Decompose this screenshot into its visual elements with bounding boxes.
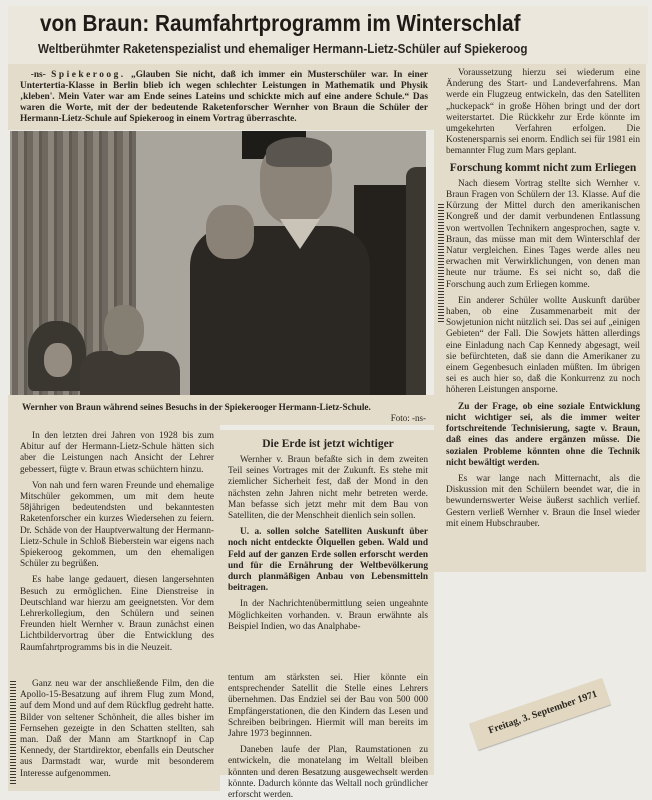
photo-audience-man bbox=[80, 351, 180, 395]
lead-paragraph: -ns- Spiekeroog. „Glauben Sie nicht, daß… bbox=[8, 64, 434, 130]
column-3-paragraph: Voraussetzung hierzu sei wiederum eine Ä… bbox=[446, 68, 640, 158]
lead-place: Spiekeroog. bbox=[51, 70, 125, 80]
headline-strip: von Braun: Raumfahrtprogramm im Wintersc… bbox=[8, 6, 648, 64]
date-text: Freitag, 3. September 1971 bbox=[487, 689, 599, 737]
column-2-continued-text: tentum am stärksten sei. Hier könnte ein… bbox=[228, 673, 428, 800]
column-2-paragraph: Wernher v. Braun befaßte sich in dem zwe… bbox=[228, 455, 428, 522]
column-1-paragraph: Es habe lange gedauert, diesen langerseh… bbox=[20, 575, 214, 653]
column-1-bottom: Ganz neu war der anschließende Film, den… bbox=[8, 673, 220, 791]
column-1-top: In den letzten drei Jahren von 1928 bis … bbox=[8, 425, 220, 673]
column-2-paragraph: In der Nachrichtenübermittlung seien ung… bbox=[228, 599, 428, 633]
column-3-paragraph-bold: Zu der Frage, ob eine soziale Entwicklun… bbox=[446, 402, 640, 469]
column-2-heading: Die Erde ist jetzt wichtiger bbox=[228, 438, 428, 450]
column-3-paragraph: Nach diesem Vortrag stellte sich Wernher… bbox=[446, 179, 640, 291]
column-1-continued-text: Ganz neu war der anschließende Film, den… bbox=[20, 679, 214, 780]
photo-von-braun bbox=[10, 131, 426, 395]
photo-caption-box: Wernher von Braun während seines Besuchs… bbox=[8, 395, 434, 425]
column-3-heading: Forschung kommt nicht zum Erliegen bbox=[446, 163, 640, 174]
headline-title: von Braun: Raumfahrtprogramm im Wintersc… bbox=[40, 10, 521, 37]
photo-speaker-hands bbox=[206, 205, 254, 259]
column-2-top: Die Erde ist jetzt wichtiger Wernher v. … bbox=[220, 430, 434, 667]
margin-tick-marks bbox=[438, 204, 444, 324]
margin-tick-marks bbox=[10, 681, 16, 785]
column-2-text: Wernher v. Braun befaßte sich in dem zwe… bbox=[228, 455, 428, 633]
column-2-bottom: tentum am stärksten sei. Hier könnte ein… bbox=[220, 667, 434, 775]
photo-audience-man-face bbox=[104, 305, 144, 355]
column-1-paragraph: In den letzten drei Jahren von 1928 bis … bbox=[20, 431, 214, 476]
photo-right-person bbox=[406, 167, 426, 395]
photo-caption: Wernher von Braun während seines Besuchs… bbox=[22, 402, 371, 412]
column-3: Voraussetzung hierzu sei wiederum eine Ä… bbox=[434, 64, 646, 572]
date-slip: Freitag, 3. September 1971 bbox=[469, 678, 610, 750]
column-3-paragraph: Es war lange nach Mitternacht, als die D… bbox=[446, 474, 640, 530]
headline-subtitle: Weltberühmter Raketenspezialist und ehem… bbox=[38, 42, 527, 56]
photo-credit: Foto: -ns- bbox=[391, 413, 426, 423]
column-2-paragraph-bold: U. a. sollen solche Satelliten Auskunft … bbox=[228, 527, 428, 594]
column-2-paragraph: tentum am stärksten sei. Hier könnte ein… bbox=[228, 673, 428, 740]
photo-audience-woman-face bbox=[44, 343, 72, 377]
lead-byline: -ns- bbox=[31, 70, 46, 80]
lead-text-block: -ns- Spiekeroog. „Glauben Sie nicht, daß… bbox=[20, 64, 428, 125]
column-1-paragraph: Von nah und fern waren Freunde und ehema… bbox=[20, 481, 214, 571]
photo-speaker-hair bbox=[266, 137, 332, 167]
column-3-text: Voraussetzung hierzu sei wiederum eine Ä… bbox=[446, 68, 640, 530]
column-1-text: In den letzten drei Jahren von 1928 bis … bbox=[20, 431, 214, 654]
column-3-paragraph: Ein anderer Schüler wollte Auskunft darü… bbox=[446, 296, 640, 397]
column-2-paragraph: Daneben laufe der Plan, Raumstationen zu… bbox=[228, 745, 428, 800]
column-1-paragraph: Ganz neu war der anschließende Film, den… bbox=[20, 679, 214, 780]
